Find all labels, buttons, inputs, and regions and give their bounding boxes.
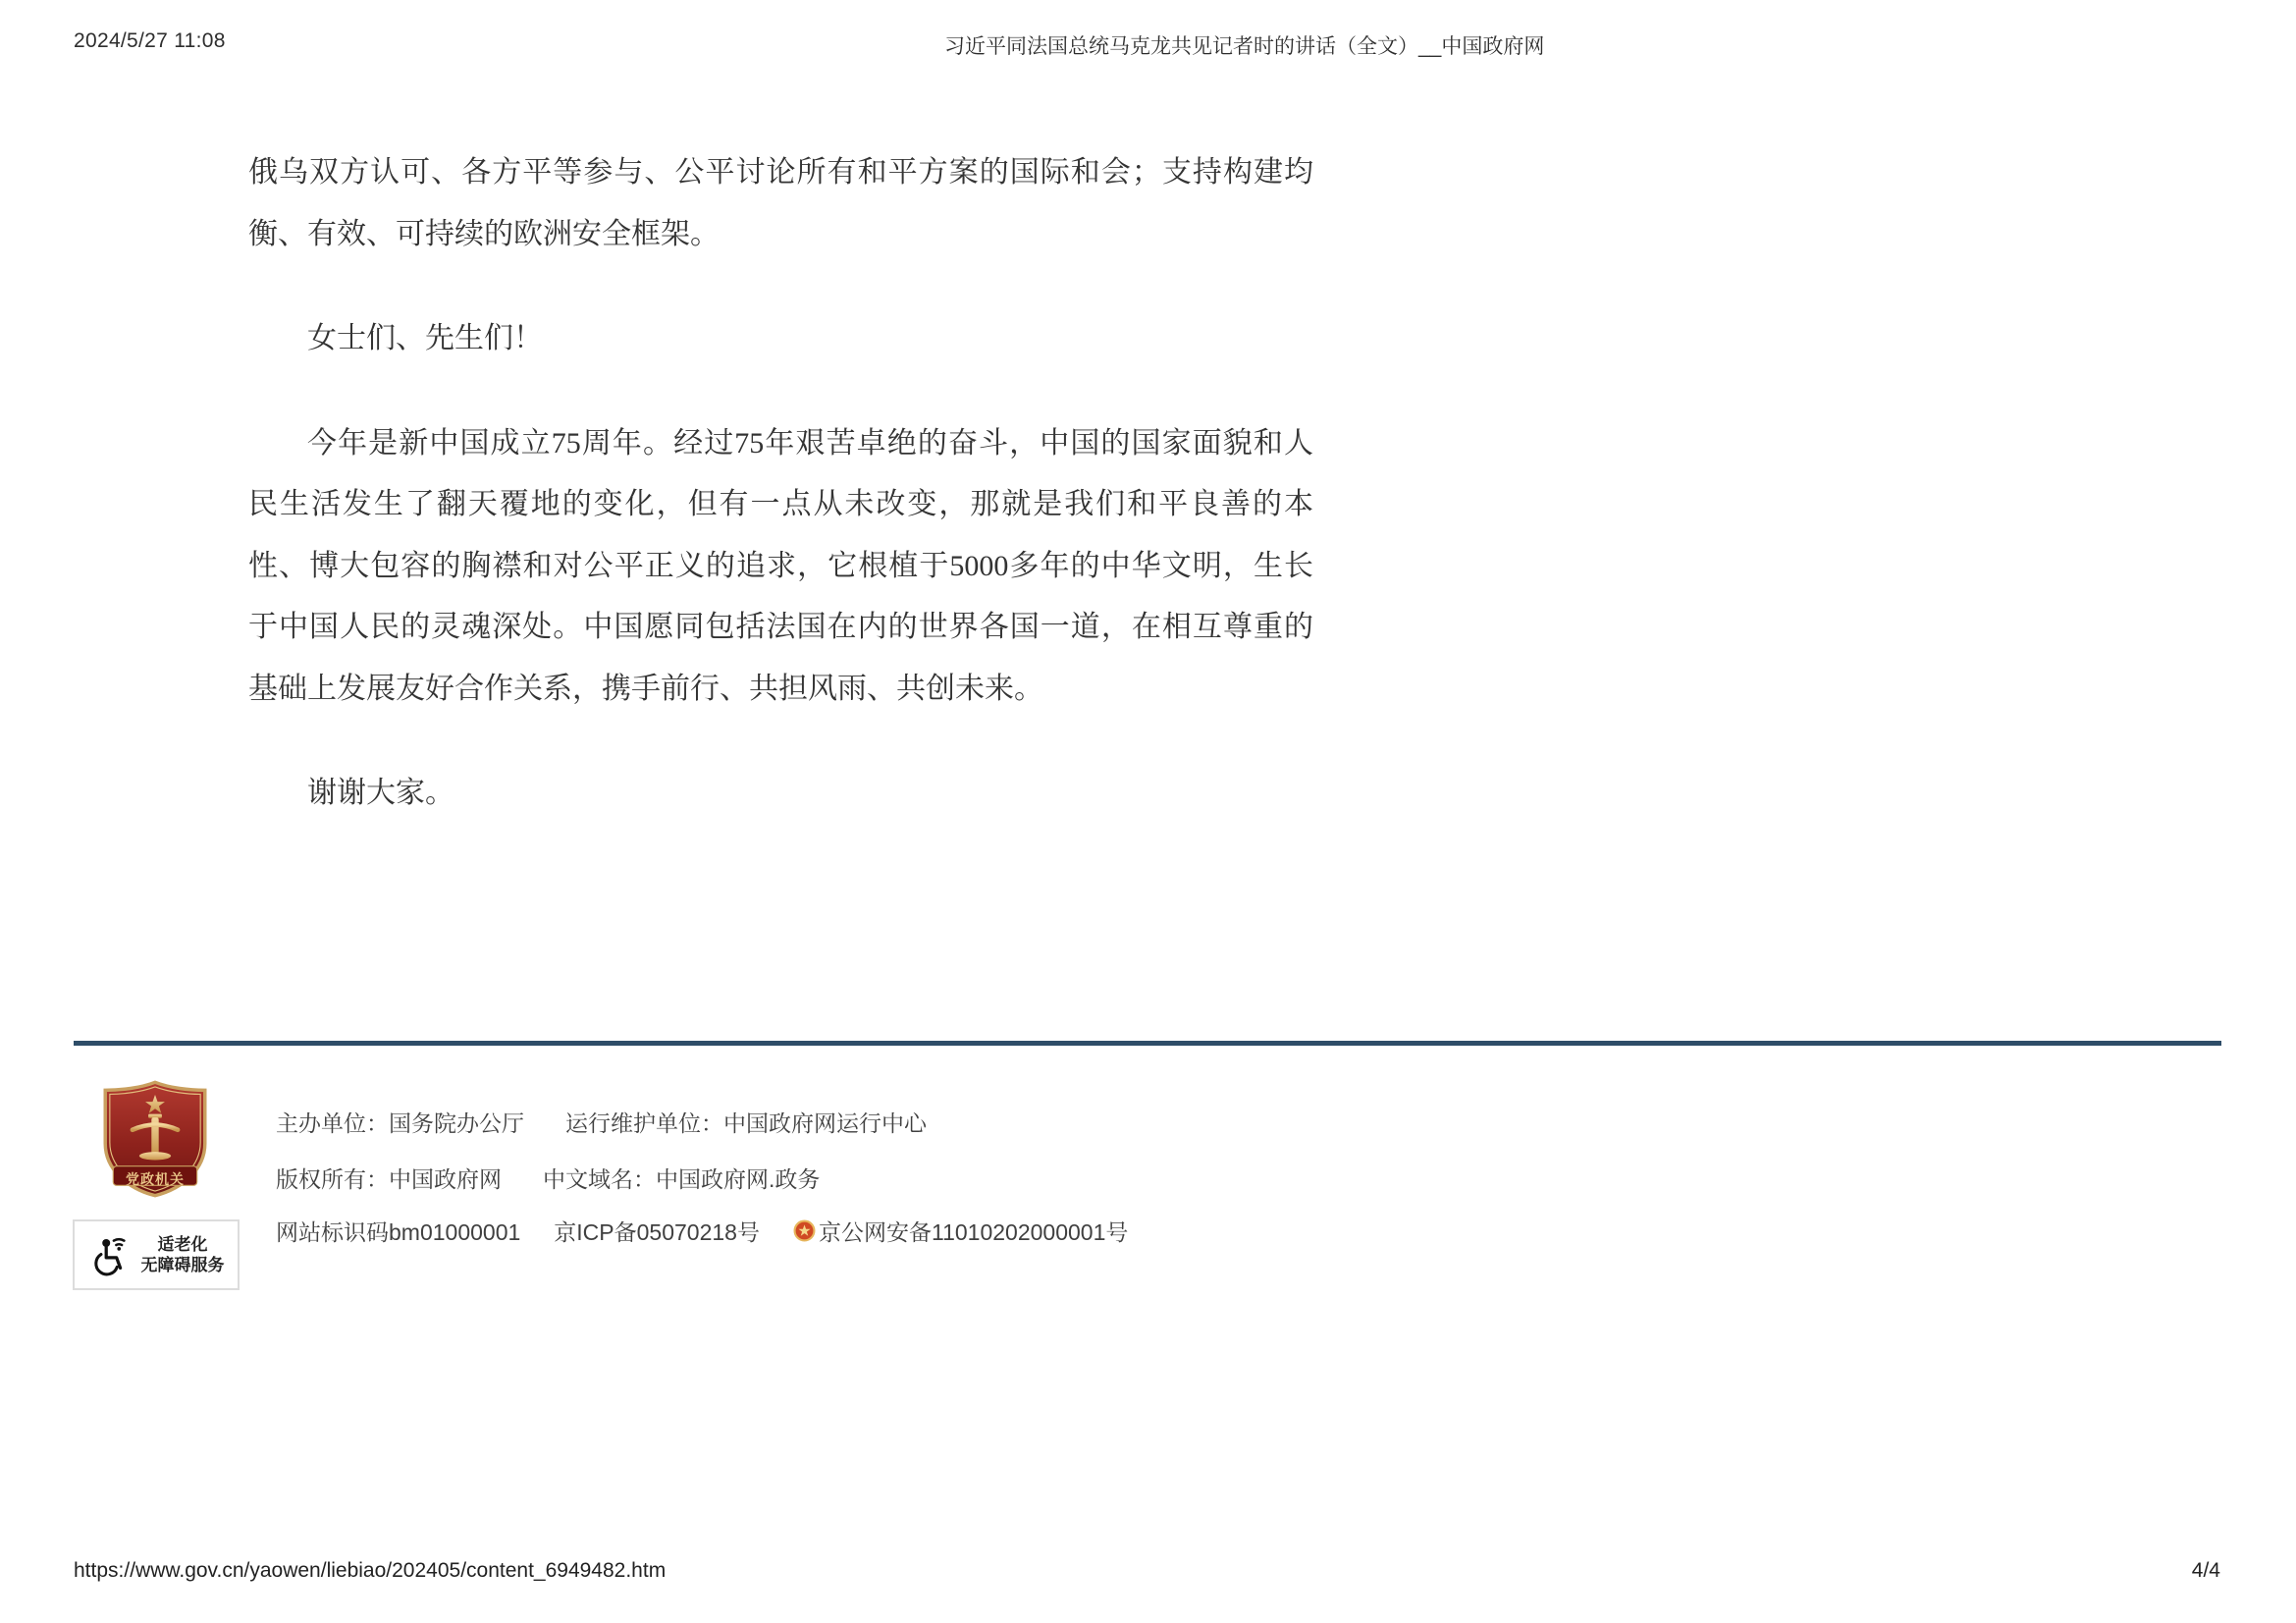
accessibility-label-line2: 无障碍服务: [141, 1255, 225, 1275]
footer-copyright-line: 版权所有：中国政府网 中文域名：中国政府网.政务: [276, 1162, 820, 1194]
footer-divider: [74, 1041, 2221, 1046]
gov-emblem-badge: 党政机关: [98, 1080, 212, 1198]
article-line: 于中国人民的灵魂深处。中国愿同包括法国在内的世界各国一道，在相互尊重的: [248, 597, 1313, 659]
article-line: 基础上发展友好合作关系，携手前行、共担风雨、共创未来。: [248, 659, 1313, 721]
footer-host-line: 主办单位：国务院办公厅 运行维护单位：中国政府网运行中心: [276, 1106, 927, 1138]
accessibility-badge: 适老化 无障碍服务: [73, 1219, 240, 1290]
footer-psb-number: 京公网安备11010202000001号: [819, 1215, 1128, 1247]
article-line: 性、博大包容的胸襟和对公平正义的追求，它根植于5000多年的中华文明，生长: [248, 536, 1313, 598]
print-footer-page-indicator: 4/4: [2192, 1559, 2220, 1583]
accessibility-label-line1: 适老化: [141, 1234, 225, 1255]
footer-copyright: 版权所有：中国政府网: [276, 1162, 502, 1194]
article-line: 谢谢大家。: [248, 763, 1313, 825]
article-body: 俄乌双方认可、各方平等参与、公平讨论所有和平方案的国际和会；支持构建均衡、有效、…: [248, 142, 1313, 825]
footer-host-org: 主办单位：国务院办公厅: [276, 1106, 524, 1138]
article-paragraph: 俄乌双方认可、各方平等参与、公平讨论所有和平方案的国际和会；支持构建均衡、有效、…: [248, 142, 1313, 265]
print-footer-url: https://www.gov.cn/yaowen/liebiao/202405…: [74, 1559, 666, 1583]
police-badge-icon: [793, 1219, 816, 1242]
print-header-title: 习近平同法国总统马克龙共见记者时的讲话（全文）__中国政府网: [944, 30, 1544, 60]
accessibility-wheelchair-icon: [88, 1232, 133, 1277]
gov-emblem-label: 党政机关: [98, 1169, 212, 1189]
article-line: 衡、有效、可持续的欧洲安全框架。: [248, 204, 1313, 266]
article-paragraph: 女士们、先生们！: [248, 308, 1313, 370]
article-line: 女士们、先生们！: [248, 308, 1313, 370]
article-paragraph: 今年是新中国成立75周年。经过75年艰苦卓绝的奋斗，中国的国家面貌和人民生活发生…: [248, 413, 1313, 721]
print-header-datetime: 2024/5/27 11:08: [74, 29, 226, 53]
accessibility-label: 适老化 无障碍服务: [141, 1234, 225, 1275]
footer-cn-domain: 中文域名：中国政府网.政务: [543, 1162, 820, 1194]
article-line: 俄乌双方认可、各方平等参与、公平讨论所有和平方案的国际和会；支持构建均: [248, 142, 1313, 204]
footer-site-code: 网站标识码bm01000001: [276, 1215, 520, 1247]
footer-maintainer-org: 运行维护单位：中国政府网运行中心: [565, 1106, 927, 1138]
article-line: 今年是新中国成立75周年。经过75年艰苦卓绝的奋斗，中国的国家面貌和人: [248, 413, 1313, 475]
article-line: 民生活发生了翻天覆地的变化，但有一点从未改变，那就是我们和平良善的本: [248, 474, 1313, 536]
footer-psb-group: 京公网安备11010202000001号: [793, 1215, 1128, 1247]
footer-registration-line: 网站标识码bm01000001 京ICP备05070218号 京公网安备1101…: [276, 1215, 1128, 1247]
article-paragraph: 谢谢大家。: [248, 763, 1313, 825]
footer-icp-number: 京ICP备05070218号: [554, 1215, 760, 1247]
